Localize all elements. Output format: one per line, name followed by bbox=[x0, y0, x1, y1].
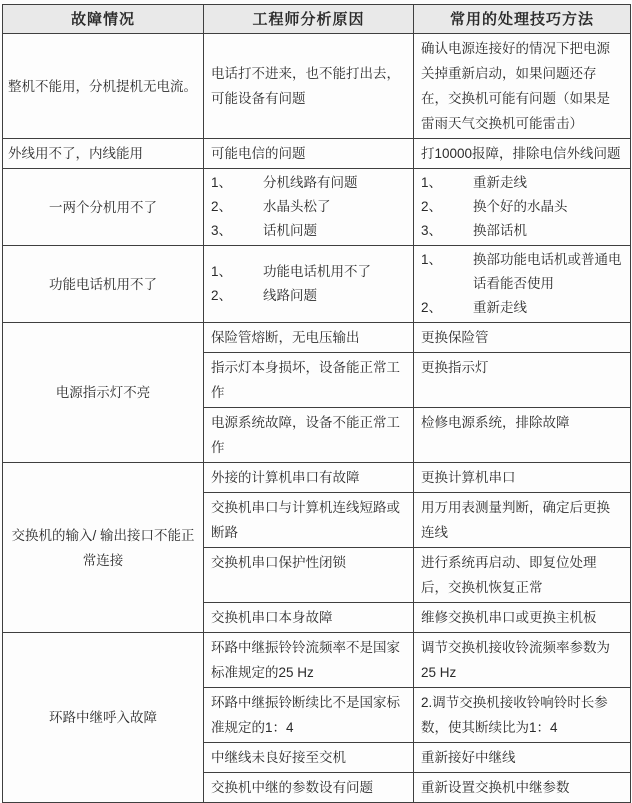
cause-cell: 环路中继振铃断续比不是国家标准规定的1：4 bbox=[204, 688, 414, 743]
table-row: 一两个分机用不了 1、分机线路有问题 2、水晶头松了 3、话机问题 1、重新走线… bbox=[3, 169, 631, 246]
fault-cell: 整机不能用，分机提机无电流。 bbox=[3, 34, 204, 139]
cause-cell: 保险管熔断，无电压输出 bbox=[204, 323, 414, 353]
table-row: 功能电话机用不了 1、功能电话机用不了 2、线路问题 1、换部功能电话机或普通电… bbox=[3, 246, 631, 323]
method-cell: 更换计算机串口 bbox=[414, 463, 631, 493]
method-cell: 打10000报障，排除电信外线问题 bbox=[414, 139, 631, 169]
method-cell: 1、换部功能电话机或普通电话看能否使用 2、重新走线 bbox=[414, 246, 631, 323]
fault-cell: 环路中继呼入故障 bbox=[3, 633, 204, 803]
cause-cell: 交换机串口本身故障 bbox=[204, 603, 414, 633]
method-cell: 重新接好中继线 bbox=[414, 743, 631, 773]
table-row: 电源指示灯不亮 保险管熔断，无电压输出 更换保险管 bbox=[3, 323, 631, 353]
table-header-row: 故障情况 工程师分析原因 常用的处理技巧方法 bbox=[3, 5, 631, 34]
method-cell: 重新设置交换机中继参数 bbox=[414, 773, 631, 803]
list-item: 2、重新走线 bbox=[421, 296, 623, 320]
fault-cell: 一两个分机用不了 bbox=[3, 169, 204, 246]
list-item: 2、水晶头松了 bbox=[211, 195, 406, 219]
header-cause: 工程师分析原因 bbox=[204, 5, 414, 34]
method-cell: 确认电源连接好的情况下把电源关掉重新启动，如果问题还存在，交换机可能有问题（如果… bbox=[414, 34, 631, 139]
table-row: 环路中继呼入故障 环路中继振铃铃流频率不是国家标准规定的25 Hz 调节交换机接… bbox=[3, 633, 631, 688]
cause-cell: 交换机串口与计算机连线短路或断路 bbox=[204, 493, 414, 548]
list-item: 2、换个好的水晶头 bbox=[421, 195, 623, 219]
document-page: 故障情况 工程师分析原因 常用的处理技巧方法 整机不能用，分机提机无电流。 电话… bbox=[0, 0, 632, 749]
table-row: 交换机的输入/ 输出接口不能正常连接 外接的计算机串口有故障 更换计算机串口 bbox=[3, 463, 631, 493]
fault-cell: 外线用不了，内线能用 bbox=[3, 139, 204, 169]
list-item: 3、话机问题 bbox=[211, 219, 406, 243]
cause-cell: 电源系统故障，设备不能正常工作 bbox=[204, 408, 414, 463]
method-cell: 维修交换机串口或更换主机板 bbox=[414, 603, 631, 633]
cause-cell: 指示灯本身损坏，设备能正常工作 bbox=[204, 353, 414, 408]
list-item: 2、线路问题 bbox=[211, 284, 406, 308]
list-item: 3、换部话机 bbox=[421, 219, 623, 243]
table-row: 整机不能用，分机提机无电流。 电话打不进来，也不能打出去，可能设备有问题 确认电… bbox=[3, 34, 631, 139]
cause-cell: 1、功能电话机用不了 2、线路问题 bbox=[204, 246, 414, 323]
cause-cell: 1、分机线路有问题 2、水晶头松了 3、话机问题 bbox=[204, 169, 414, 246]
fault-cell: 功能电话机用不了 bbox=[3, 246, 204, 323]
cause-cell: 环路中继振铃铃流频率不是国家标准规定的25 Hz bbox=[204, 633, 414, 688]
cause-cell: 交换机串口保护性闭锁 bbox=[204, 548, 414, 603]
method-cell: 调节交换机接收铃流频率参数为25 Hz bbox=[414, 633, 631, 688]
list-item: 1、功能电话机用不了 bbox=[211, 260, 406, 284]
header-fault: 故障情况 bbox=[3, 5, 204, 34]
method-cell: 进行系统再启动、即复位处理后，交换机恢复正常 bbox=[414, 548, 631, 603]
cause-cell: 交换机中继的参数设有问题 bbox=[204, 773, 414, 803]
fault-cell: 电源指示灯不亮 bbox=[3, 323, 204, 463]
method-cell: 更换保险管 bbox=[414, 323, 631, 353]
list-item: 1、重新走线 bbox=[421, 171, 623, 195]
list-item: 1、分机线路有问题 bbox=[211, 171, 406, 195]
cause-cell: 中继线未良好接至交机 bbox=[204, 743, 414, 773]
method-cell: 用万用表测量判断，确定后更换连线 bbox=[414, 493, 631, 548]
method-cell: 1、重新走线 2、换个好的水晶头 3、换部话机 bbox=[414, 169, 631, 246]
cause-cell: 外接的计算机串口有故障 bbox=[204, 463, 414, 493]
list-item: 1、换部功能电话机或普通电话看能否使用 bbox=[421, 248, 623, 296]
method-cell: 更换指示灯 bbox=[414, 353, 631, 408]
cause-cell: 可能电信的问题 bbox=[204, 139, 414, 169]
header-method: 常用的处理技巧方法 bbox=[414, 5, 631, 34]
method-cell: 2.调节交换机接收铃响铃时长参数，使其断续比为1：4 bbox=[414, 688, 631, 743]
table-row: 外线用不了，内线能用 可能电信的问题 打10000报障，排除电信外线问题 bbox=[3, 139, 631, 169]
cause-cell: 电话打不进来，也不能打出去，可能设备有问题 bbox=[204, 34, 414, 139]
fault-cell: 交换机的输入/ 输出接口不能正常连接 bbox=[3, 463, 204, 633]
troubleshooting-table: 故障情况 工程师分析原因 常用的处理技巧方法 整机不能用，分机提机无电流。 电话… bbox=[2, 4, 631, 803]
method-cell: 检修电源系统，排除故障 bbox=[414, 408, 631, 463]
